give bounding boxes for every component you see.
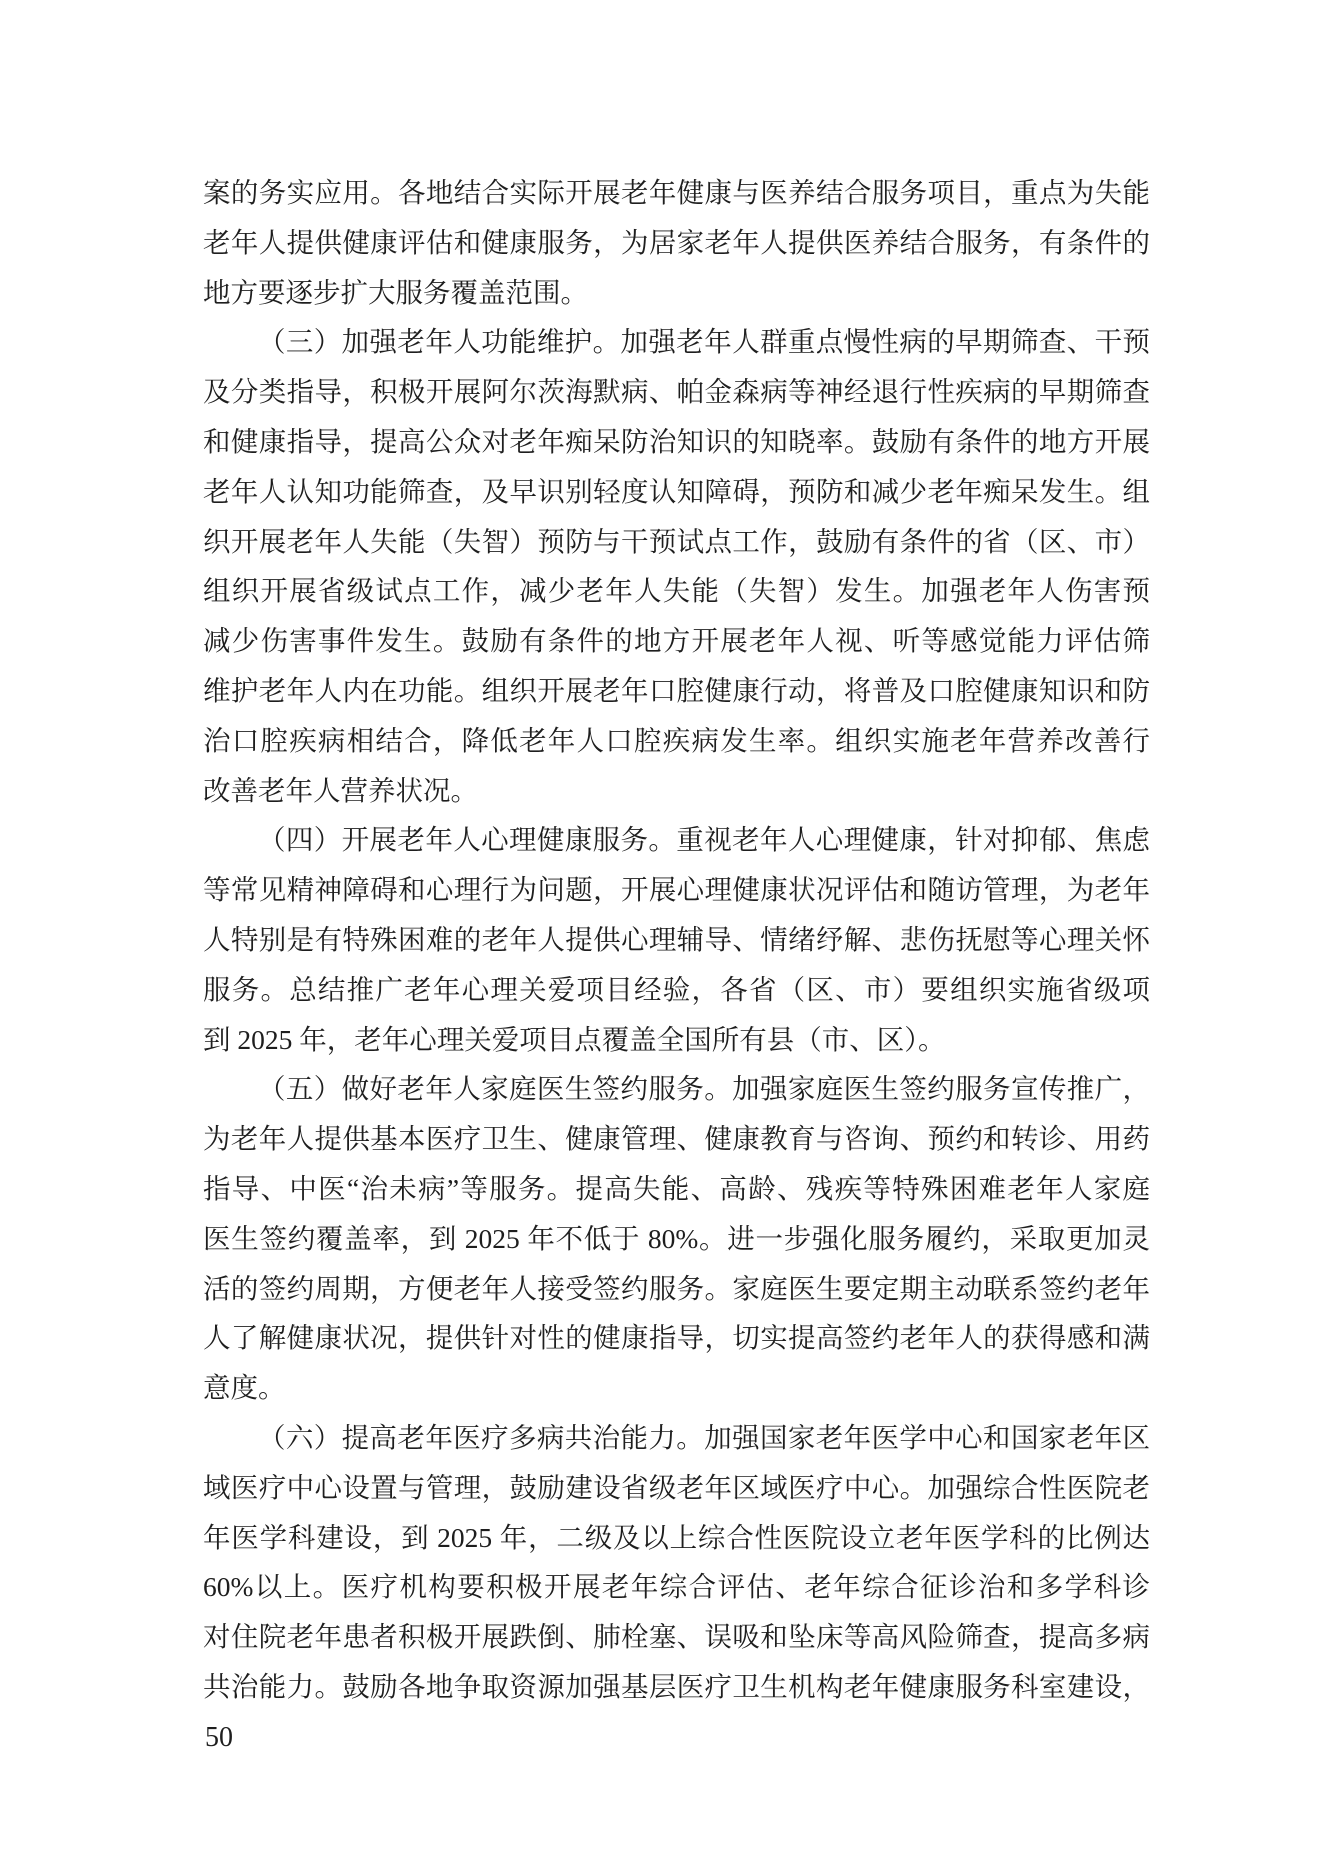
text-line: 意度。: [203, 1363, 1150, 1413]
text-line: 老年人认知功能筛查，及早识别轻度认知障碍，预防和减少老年痴呆发生。组: [203, 467, 1150, 517]
page-number: 50: [205, 1718, 233, 1758]
paragraph: 案的务实应用。各地结合实际开展老年健康与医养结合服务项目，重点为失能 老年人提供…: [203, 168, 1150, 317]
text-line: 维护老年人内在功能。组织开展老年口腔健康行动，将普及口腔健康知识和防: [203, 666, 1150, 716]
text-line: 案的务实应用。各地结合实际开展老年健康与医养结合服务项目，重点为失能: [203, 168, 1150, 218]
document-body-text: 案的务实应用。各地结合实际开展老年健康与医养结合服务项目，重点为失能 老年人提供…: [203, 168, 1150, 1712]
text-line: 减少伤害事件发生。鼓励有条件的地方开展老年人视、听等感觉能力评估筛查，: [203, 616, 1150, 666]
text-line: （五）做好老年人家庭医生签约服务。加强家庭医生签约服务宣传推广，: [203, 1064, 1150, 1114]
paragraph: （四）开展老年人心理健康服务。重视老年人心理健康，针对抑郁、焦虑 等常见精神障碍…: [203, 815, 1150, 1064]
text-line: 为老年人提供基本医疗卫生、健康管理、健康教育与咨询、预约和转诊、用药: [203, 1114, 1150, 1164]
text-line: 组织开展省级试点工作，减少老年人失能（失智）发生。加强老年人伤害预防，: [203, 566, 1150, 616]
text-line: 服务。总结推广老年心理关爱项目经验，各省（区、市）要组织实施省级项目。: [203, 965, 1150, 1015]
paragraph: （五）做好老年人家庭医生签约服务。加强家庭医生签约服务宣传推广， 为老年人提供基…: [203, 1064, 1150, 1413]
text-line: 织开展老年人失能（失智）预防与干预试点工作，鼓励有条件的省（区、市）: [203, 517, 1150, 567]
text-line: 人了解健康状况，提供针对性的健康指导，切实提高签约老年人的获得感和满: [203, 1313, 1150, 1363]
text-line: 域医疗中心设置与管理，鼓励建设省级老年区域医疗中心。加强综合性医院老: [203, 1463, 1150, 1513]
text-line: （六）提高老年医疗多病共治能力。加强国家老年医学中心和国家老年区: [203, 1413, 1150, 1463]
paragraph: （三）加强老年人功能维护。加强老年人群重点慢性病的早期筛查、干预 及分类指导，积…: [203, 317, 1150, 815]
text-line: 活的签约周期，方便老年人接受签约服务。家庭医生要定期主动联系签约老年: [203, 1264, 1150, 1314]
text-line: 指导、中医“治未病”等服务。提高失能、高龄、残疾等特殊困难老年人家庭: [203, 1164, 1150, 1214]
text-line: 对住院老年患者积极开展跌倒、肺栓塞、误吸和坠床等高风险筛查，提高多病: [203, 1612, 1150, 1662]
text-line: 年医学科建设，到 2025 年，二级及以上综合性医院设立老年医学科的比例达到: [203, 1513, 1150, 1563]
text-line: 到 2025 年，老年心理关爱项目点覆盖全国所有县（市、区）。: [203, 1015, 1150, 1065]
document-page: 案的务实应用。各地结合实际开展老年健康与医养结合服务项目，重点为失能 老年人提供…: [0, 0, 1323, 1871]
text-line: 共治能力。鼓励各地争取资源加强基层医疗卫生机构老年健康服务科室建设，: [203, 1662, 1150, 1712]
text-line: （四）开展老年人心理健康服务。重视老年人心理健康，针对抑郁、焦虑: [203, 815, 1150, 865]
text-line: 地方要逐步扩大服务覆盖范围。: [203, 268, 1150, 318]
text-line: 医生签约覆盖率，到 2025 年不低于 80%。进一步强化服务履约，采取更加灵: [203, 1214, 1150, 1264]
text-line: 和健康指导，提高公众对老年痴呆防治知识的知晓率。鼓励有条件的地方开展: [203, 417, 1150, 467]
text-line: 60%以上。医疗机构要积极开展老年综合评估、老年综合征诊治和多学科诊疗，: [203, 1562, 1150, 1612]
text-line: 人特别是有特殊困难的老年人提供心理辅导、情绪纾解、悲伤抚慰等心理关怀: [203, 915, 1150, 965]
text-line: 老年人提供健康评估和健康服务，为居家老年人提供医养结合服务，有条件的: [203, 218, 1150, 268]
text-line: 及分类指导，积极开展阿尔茨海默病、帕金森病等神经退行性疾病的早期筛查: [203, 367, 1150, 417]
paragraph: （六）提高老年医疗多病共治能力。加强国家老年医学中心和国家老年区 域医疗中心设置…: [203, 1413, 1150, 1712]
text-line: 改善老年人营养状况。: [203, 766, 1150, 816]
text-line: （三）加强老年人功能维护。加强老年人群重点慢性病的早期筛查、干预: [203, 317, 1150, 367]
text-line: 等常见精神障碍和心理行为问题，开展心理健康状况评估和随访管理，为老年: [203, 865, 1150, 915]
text-line: 治口腔疾病相结合，降低老年人口腔疾病发生率。组织实施老年营养改善行动，: [203, 716, 1150, 766]
